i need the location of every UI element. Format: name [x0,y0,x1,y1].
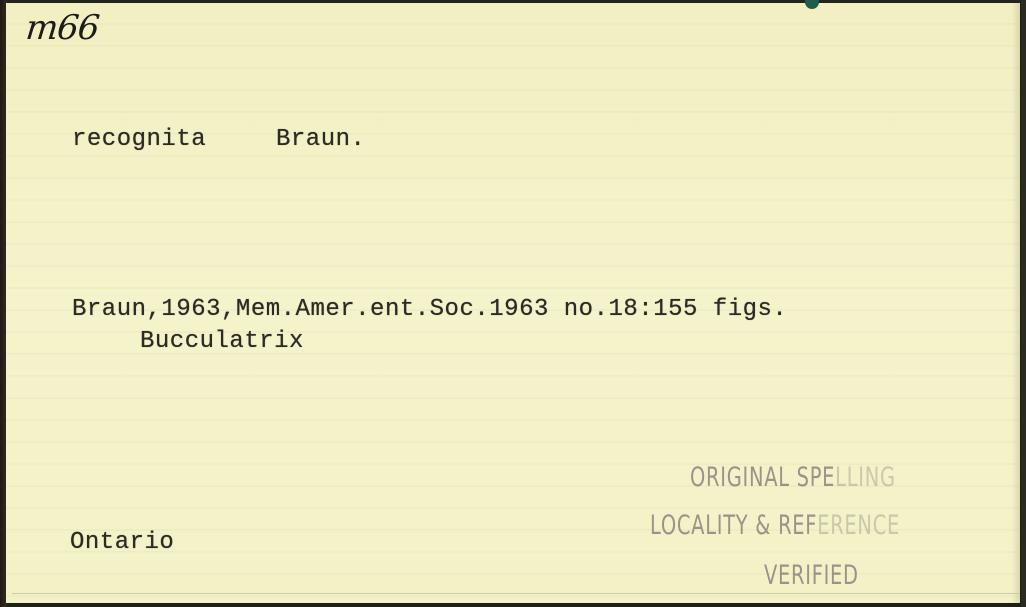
card-right-edge [1021,0,1026,607]
stamp-line1-visible: ORIGINAL SPE [690,462,835,493]
bottom-rule [12,593,1020,594]
stamp-line-verified: VERIFIED [764,560,859,591]
stamp-line2-visible: LOCALITY & REF [650,510,817,541]
species-author: Braun. [276,126,365,153]
genus-name: Bucculatrix [140,328,304,355]
stamp-line1-faint: LLING [835,462,896,493]
stamp-line-locality-reference: LOCALITY & REFERENCE [650,510,900,541]
stamp-line-original-spelling: ORIGINAL SPELLING [690,462,896,493]
stamp-line2-faint: ERENCE [817,510,900,541]
catalog-mark: m66 [24,8,101,48]
locality: Ontario [70,529,174,556]
species-name: recognita [72,126,206,153]
reference-citation: Braun,1963,Mem.Amer.ent.Soc.1963 no.18:1… [72,296,787,323]
